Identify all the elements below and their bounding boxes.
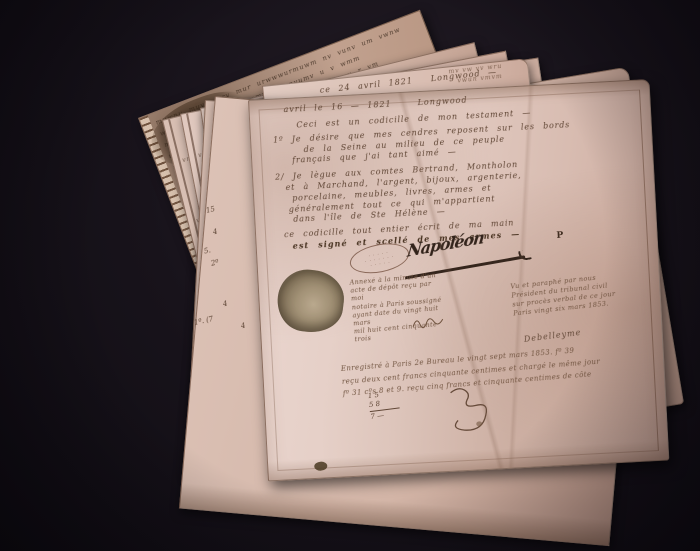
margin-number: 2º [210,258,219,267]
photograph-of-manuscript-stack: muwnu muvn mrv mur urwwwurmuwm nv vunv u… [0,0,700,551]
court-signature: Debelleyme [523,328,581,344]
sum-total: 7 — [370,407,401,422]
clerk-flourish-signature [432,380,509,434]
notary-annotation: Annexé à la minute d'unacte de dépôt reç… [349,271,450,345]
codicil-header-date: avril le 16 — 1821 [283,99,392,114]
wax-seal-blot [274,266,347,336]
codicil-body: Ceci est un codicille de mon testament —… [286,103,627,251]
paraphe-initial: P [556,231,563,241]
notary-paraphe-squiggle [410,313,445,331]
margin-number: 5. [203,246,211,255]
codicil-header: avril le 16 — 1821Longwood [283,96,467,115]
court-annotation: Vu et paraphé par nousPrésident du tribu… [510,270,631,318]
sum-rows: 1 55 8 [367,389,399,411]
front-codicil-sheet: avril le 16 — 1821Longwood Ceci est un c… [248,79,669,482]
sum-column: 1 55 8 7 — [367,389,400,422]
ink-speck [314,461,327,471]
codicil-header-place: Longwood [417,96,467,108]
